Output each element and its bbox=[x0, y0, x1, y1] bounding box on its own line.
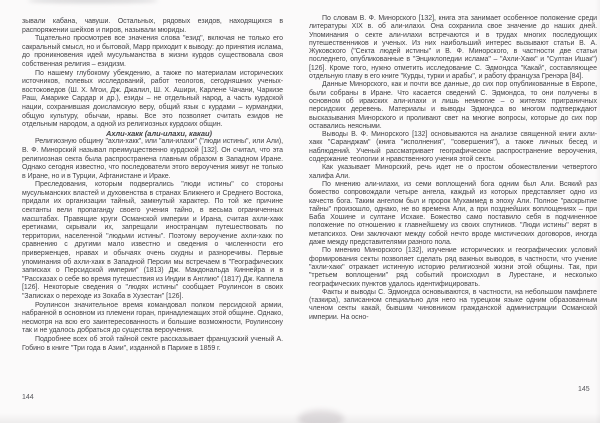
paragraph: Роулинсон значительное время командовал … bbox=[22, 302, 283, 336]
paragraph: Религиозную общину "ахли-хакк", или "али… bbox=[22, 138, 283, 181]
paragraph: Как указывает Минорский, речь идет не о … bbox=[309, 164, 597, 181]
paragraph: Преследования, которым подвергались "люд… bbox=[22, 181, 283, 301]
page-number-left: 144 bbox=[22, 394, 34, 401]
paragraph: зывали кабана, чавуши. Остальных, рядовы… bbox=[22, 18, 283, 35]
paragraph: Данные Минорского, как и почти все данны… bbox=[309, 81, 597, 131]
right-page: По словам В. Ф. Минорского [132], книга … bbox=[309, 15, 597, 322]
scan-edge-shadow-bottom bbox=[0, 413, 600, 423]
paragraph: По нашему глубокому убеждению, а также п… bbox=[22, 70, 283, 130]
page-number-right: 145 bbox=[578, 386, 590, 393]
paragraph: Факты и выводы С. Эдмондса основываются,… bbox=[309, 289, 597, 322]
scan-smudge-top bbox=[28, 0, 158, 3]
paragraph: По мнению Минорского [132], изучение ист… bbox=[309, 247, 597, 288]
paragraph: По мнению али-илахи, из семи воплощений … bbox=[309, 181, 597, 247]
paragraph: Подробнее всех об этой тайной секте расс… bbox=[22, 336, 283, 353]
paragraph: Тщательно просмотрев все значения слова … bbox=[22, 35, 283, 69]
book-scan-spread: зывали кабана, чавуши. Остальных, рядовы… bbox=[0, 0, 600, 423]
left-page: зывали кабана, чавуши. Остальных, рядовы… bbox=[22, 18, 283, 353]
paragraph: По словам В. Ф. Минорского [132], книга … bbox=[309, 15, 597, 81]
paragraph: Выводы В. Ф. Минорского [132] основывают… bbox=[309, 131, 597, 164]
